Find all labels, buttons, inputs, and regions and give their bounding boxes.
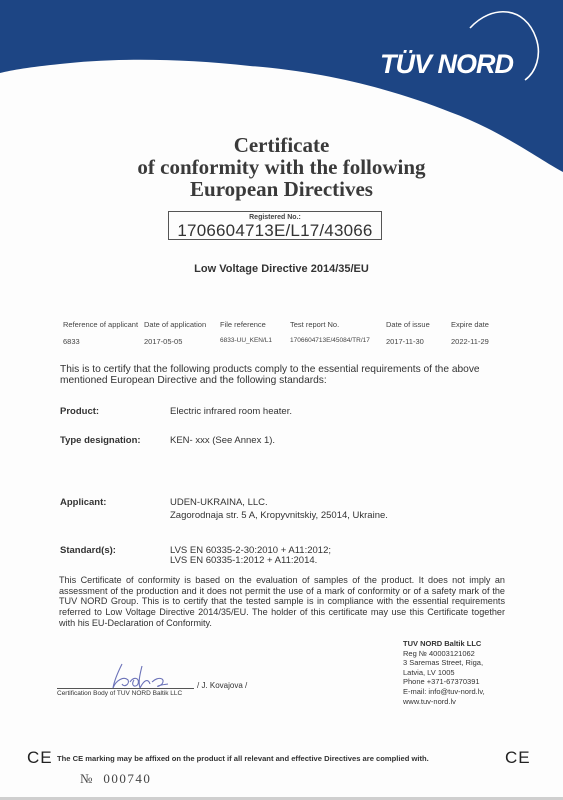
type-designation-value: KEN- xxx (See Annex 1). <box>170 435 275 447</box>
ce-mark-icon: CE <box>505 748 531 768</box>
signature-line <box>57 688 194 689</box>
directive-title: Low Voltage Directive 2014/35/EU <box>0 263 563 275</box>
issuer-email: E-mail: info@tuv-nord.lv, <box>403 687 485 697</box>
issuer-reg: Reg № 40003121062 <box>403 649 485 659</box>
meta-value: 2017-11-30 <box>386 337 424 346</box>
meta-value: 6833 <box>63 337 80 346</box>
meta-value: 6833-UU_KEN/L1 <box>220 337 272 344</box>
meta-header: Date of application <box>144 320 206 329</box>
applicant-label: Applicant: <box>60 497 106 508</box>
issuer-address-1: 3 Saremas Street, Riga, <box>403 658 485 668</box>
registration-box: Registered No.: 1706604713E/L17/43066 <box>168 211 382 240</box>
meta-header: Date of issue <box>386 320 430 329</box>
standards-label: Standard(s): <box>60 545 116 556</box>
product-value: Electric infrared room heater. <box>170 406 292 418</box>
signature-caption: Certification Body of TUV NORD Baltik LL… <box>57 690 182 697</box>
type-designation-label: Type designation: <box>60 435 141 446</box>
meta-header: Test report No. <box>290 320 339 329</box>
meta-value: 2017-05-05 <box>144 337 182 346</box>
certificate-subtitle-2: European Directives <box>0 178 563 200</box>
serial-prefix: № <box>80 771 94 786</box>
meta-value: 1706604713E/45084/TR/17 <box>290 337 370 344</box>
signer-name: / J. Kovajova / <box>197 681 247 690</box>
product-label: Product: <box>60 406 99 417</box>
meta-header: Reference of applicant <box>63 320 138 329</box>
standard-2: LVS EN 60335-1:2012 + A11:2014. <box>170 555 317 567</box>
applicant-name: UDEN-UKRAINA, LLC. <box>170 497 268 509</box>
meta-header: File reference <box>220 320 266 329</box>
serial-number: № 000740 <box>80 771 151 787</box>
meta-value: 2022-11-29 <box>451 337 489 346</box>
certificate-subtitle: of conformity with the following <box>0 156 563 178</box>
serial-value: 000740 <box>103 771 151 786</box>
issuer-name: TUV NORD Baltik LLC <box>403 639 485 649</box>
tuv-nord-logo: TÜV NORD <box>380 49 513 80</box>
issuer-block: TUV NORD Baltik LLC Reg № 40003121062 3 … <box>403 639 485 706</box>
issuer-website: www.tuv-nord.lv <box>403 697 485 707</box>
intro-text: This is to certify that the following pr… <box>60 364 505 386</box>
certificate-title: Certificate <box>0 134 563 156</box>
disclaimer-text: This Certificate of conformity is based … <box>59 575 505 629</box>
ce-mark-icon: CE <box>27 748 53 768</box>
applicant-address: Zagorodnaja str. 5 A, Kropyvnitskiy, 250… <box>170 510 388 522</box>
meta-header: Expire date <box>451 320 489 329</box>
issuer-address-2: Latvia, LV 1005 <box>403 668 485 678</box>
issuer-phone: Phone +371-67370391 <box>403 677 485 687</box>
registration-number: 1706604713E/L17/43066 <box>169 222 381 240</box>
ce-note: The CE marking may be affixed on the pro… <box>57 754 429 763</box>
